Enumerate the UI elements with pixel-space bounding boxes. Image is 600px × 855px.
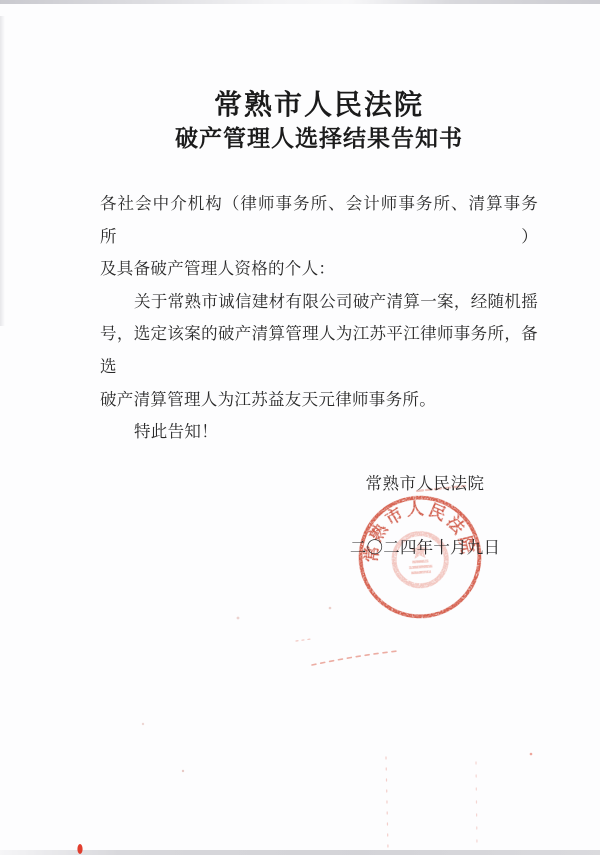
court-title: 常熟市人民法院 [100, 83, 538, 123]
document-date: 二〇二四年十月九日 [349, 534, 501, 558]
scan-edge-bottom [0, 850, 600, 855]
scan-edge-top [0, 0, 600, 4]
document-body: 各社会中介机构（律师事务所、会计师事务所、清算事务所） 及具备破产管理人资格的个… [100, 188, 538, 449]
body-line: 号，选定该案的破产清算管理人为江苏平江律师事务所，备选 [100, 318, 538, 383]
body-line: 破产清算管理人为江苏益友天元律师事务所。 [100, 384, 538, 417]
body-line: 关于常熟市诚信建材有限公司破产清算一案，经随机摇 [100, 286, 538, 319]
scan-edge-left [0, 16, 5, 326]
scanned-document-page: 常熟市人民法院 破产管理人选择结果告知书 各社会中介机构（律师事务所、会计师事务… [0, 0, 600, 855]
body-line: 特此告知！ [100, 416, 538, 449]
body-line: 各社会中介机构（律师事务所、会计师事务所、清算事务所） [100, 188, 538, 253]
body-line: 及具备破产管理人资格的个人： [100, 253, 538, 286]
signature-court-name: 常熟市人民法院 [349, 470, 501, 494]
document-subtitle: 破产管理人选择结果告知书 [100, 120, 538, 153]
